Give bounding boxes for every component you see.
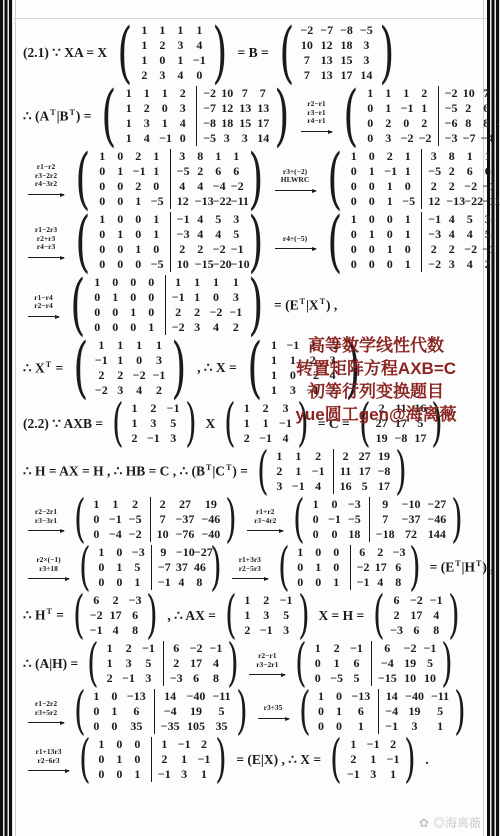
matrix-cell: 5 bbox=[423, 656, 438, 671]
matrix-cell: −5 bbox=[170, 164, 189, 179]
matrix: (10−1314−40−11016−41950035−3510535) bbox=[70, 689, 252, 734]
matrix-cell: 1 bbox=[113, 560, 126, 575]
matrix-cell: 5 bbox=[358, 479, 372, 494]
matrix-cell: −3 bbox=[128, 593, 143, 608]
matrix-cell: 6 bbox=[409, 623, 424, 638]
matrix-cell: −4 bbox=[378, 704, 399, 719]
matrix-cell: 6 bbox=[392, 560, 405, 575]
matrix-cell: 1 bbox=[95, 545, 108, 560]
matrix-cell: −1 bbox=[383, 164, 396, 179]
annotation-line-2: 转置矩阵方程AXB=C bbox=[276, 357, 476, 380]
matrix-cell: 6 bbox=[389, 593, 404, 608]
matrix-cell: 2 bbox=[194, 164, 207, 179]
matrix-cell: −4 bbox=[108, 527, 123, 542]
annotation-block: 高等数学线性代数 转置矩阵方程AXB=C 初等行列变换题目 yue圆工gen@海… bbox=[276, 334, 476, 426]
watermark-logo-icon: ✿ bbox=[419, 816, 429, 830]
arrow-shaft bbox=[275, 244, 316, 249]
paren: ( bbox=[118, 23, 133, 83]
matrix-cell: 0 bbox=[312, 575, 325, 590]
matrix-cell: 11 bbox=[333, 464, 353, 479]
matrix-cell: 1 bbox=[90, 497, 103, 512]
matrix-cell: 3 bbox=[220, 131, 233, 146]
matrix-cell: 1 bbox=[314, 689, 327, 704]
math-text: . bbox=[425, 752, 428, 768]
matrix: (1021381101−11−5266001022−2−1001−512−13−… bbox=[322, 149, 500, 209]
math-text: ∴ H = AX = H , ∴ HB = C , ∴ (BT|CT) = bbox=[23, 463, 248, 480]
matrix-cell: 1 bbox=[138, 53, 151, 68]
matrix-cell: −8 bbox=[196, 116, 215, 131]
matrix-cell: 3 bbox=[259, 608, 274, 623]
matrix-cell: 10 bbox=[299, 38, 314, 53]
matrix-cell: 2 bbox=[389, 608, 404, 623]
paren: ) bbox=[248, 212, 263, 272]
matrix-cell: 1 bbox=[150, 212, 163, 227]
matrix: (12−16−2−1016−41950−55−151010) bbox=[291, 641, 457, 686]
matrix-cell: −1 bbox=[259, 623, 274, 638]
matrix-cell: 2 bbox=[445, 164, 458, 179]
paren: ( bbox=[295, 641, 307, 686]
paren: ( bbox=[327, 212, 342, 272]
paren: ) bbox=[405, 737, 417, 782]
matrix-cell: 1 bbox=[329, 656, 344, 671]
matrix-cell: −7 bbox=[151, 560, 170, 575]
paren: ) bbox=[275, 86, 290, 146]
matrix-cell: 1 bbox=[258, 416, 273, 431]
matrix-cell: 6 bbox=[480, 101, 493, 116]
math-text: ∴ (A|H) = bbox=[23, 656, 78, 672]
matrix-cell: −2 bbox=[94, 383, 109, 398]
matrix-cell: 1 bbox=[174, 23, 187, 38]
matrix-cell: 0 bbox=[132, 353, 147, 368]
arrow-shaft bbox=[247, 526, 283, 531]
matrix-cell: −2 bbox=[128, 527, 143, 542]
matrix-cell: 1 bbox=[228, 275, 243, 290]
matrix-cell: 3 bbox=[382, 131, 395, 146]
matrix-cell: 0 bbox=[96, 164, 109, 179]
transpose-sup: T bbox=[46, 607, 51, 616]
matrix-cell: 2 bbox=[228, 320, 243, 335]
matrix-cell: 13 bbox=[256, 101, 269, 116]
matrix-cell: 2 bbox=[462, 101, 475, 116]
matrix: (62−3−2176−148) bbox=[69, 593, 163, 638]
matrix-cell: 0 bbox=[113, 767, 126, 782]
matrix-cell: 12 bbox=[220, 101, 233, 116]
paren: ) bbox=[236, 689, 248, 734]
matrix-cell: 2 bbox=[259, 593, 274, 608]
math-text: (2.1) ∵ XA = X bbox=[23, 45, 107, 61]
math-text: = B = bbox=[238, 45, 269, 61]
matrix-cell: −13 bbox=[445, 194, 458, 209]
matrix-cell: 0 bbox=[114, 194, 127, 209]
matrix-cell: −10 bbox=[230, 257, 243, 272]
matrix-cell: 1 bbox=[114, 338, 127, 353]
matrix-cell: 16 bbox=[333, 479, 353, 494]
matrix-cell: 3 bbox=[191, 320, 204, 335]
matrix-grid: 1001−14530101−3445001022−2−10001−2342 bbox=[347, 212, 494, 272]
matrix-cell: 13 bbox=[319, 53, 334, 68]
matrix-cell: −5 bbox=[150, 194, 163, 209]
matrix-cell: 4 bbox=[311, 479, 326, 494]
matrix-cell: 1 bbox=[95, 737, 108, 752]
matrix-grid: 10−1314−40−11016−41950035−3510535 bbox=[90, 689, 232, 734]
matrix-cell: 2 bbox=[421, 179, 440, 194]
matrix-cell: 17 bbox=[377, 479, 392, 494]
paren: ) bbox=[298, 593, 310, 638]
matrix-cell: −1 bbox=[386, 752, 401, 767]
matrix: (1111−110322−2−1−2342) bbox=[68, 338, 192, 398]
matrix-cell: 1 bbox=[191, 275, 204, 290]
matrix-cell: −2 bbox=[350, 560, 369, 575]
row-op-arrow: r1−r4r2−r4 bbox=[28, 294, 59, 317]
matrix-cell: 1 bbox=[463, 149, 476, 164]
matrix-cell: 8 bbox=[445, 149, 458, 164]
row-op-arrow: r3÷35 bbox=[258, 704, 289, 719]
matrix-cell: −7 bbox=[196, 101, 215, 116]
paren: ) bbox=[147, 593, 159, 638]
row-op-label: r2−6r3 bbox=[37, 757, 59, 766]
matrix-grid: 1112−2107701−11−52660202−6881003−2−2−3−7… bbox=[364, 86, 500, 146]
matrix-cell: 4 bbox=[109, 623, 123, 638]
row-op-arrow: r2−2r1r3−3r1 bbox=[28, 508, 64, 531]
transpose-sup: T bbox=[50, 108, 55, 117]
matrix-cell: −5 bbox=[150, 257, 163, 272]
matrix-cell: 0 bbox=[156, 53, 169, 68]
row-op-arrow: r2−r1r3−2r1 bbox=[249, 652, 285, 675]
matrix-cell: 1 bbox=[138, 23, 151, 38]
math-line: ∴ (AT|BT) =(1112−210771203−71213131314−8… bbox=[20, 86, 485, 146]
matrix-cell: 2 bbox=[151, 752, 172, 767]
matrix-cell: 1 bbox=[401, 257, 414, 272]
left-page-border bbox=[0, 0, 13, 836]
matrix-cell: −2 bbox=[403, 641, 418, 656]
matrix-cell: −1 bbox=[327, 512, 342, 527]
matrix-grid: 100011110100−1103001022−2−10001−2342 bbox=[91, 275, 244, 335]
matrix-cell: 2 bbox=[170, 242, 189, 257]
matrix-cell: 0 bbox=[95, 575, 108, 590]
matrix-cell: −2 bbox=[400, 131, 413, 146]
matrix-cell: −5 bbox=[128, 512, 143, 527]
row-op-arrow: r1−r2r3−2r2r4−3r2 bbox=[28, 163, 64, 195]
matrix-cell: 18 bbox=[220, 116, 233, 131]
matrix-cell: 1 bbox=[152, 338, 167, 353]
left-edge-hairline bbox=[15, 0, 16, 836]
matrix-cell: 1 bbox=[241, 593, 254, 608]
matrix-cell: 4 bbox=[278, 431, 293, 446]
math-text: X bbox=[206, 416, 216, 432]
math-text: (2.2) ∵ AXB = bbox=[23, 416, 103, 432]
watermark-text: ◎海离薇 bbox=[433, 814, 481, 831]
matrix-cell: 0 bbox=[114, 179, 127, 194]
matrix-cell: 0 bbox=[113, 545, 126, 560]
arrow-shaft bbox=[28, 312, 59, 317]
paren: ) bbox=[409, 545, 421, 590]
matrix-cell: 0 bbox=[95, 560, 108, 575]
matrix-cell: 0 bbox=[294, 560, 307, 575]
matrix-cell: 0 bbox=[400, 116, 413, 131]
matrix-cell: −2 bbox=[89, 608, 104, 623]
matrix-cell: 7 bbox=[299, 53, 314, 68]
matrix-cell: −5 bbox=[329, 671, 344, 686]
math-text: = (E|X) , ∴ X = bbox=[236, 752, 321, 768]
matrix-cell: 3 bbox=[228, 290, 243, 305]
matrix-cell: −13 bbox=[350, 689, 371, 704]
matrix-cell: 14 bbox=[359, 68, 374, 83]
matrix-cell: 17 bbox=[413, 431, 427, 446]
matrix-cell: −1 bbox=[421, 212, 440, 227]
paren: ) bbox=[442, 641, 454, 686]
matrix-cell: −1 bbox=[121, 671, 136, 686]
arrow-shaft bbox=[28, 718, 64, 723]
matrix-cell: −1 bbox=[146, 431, 161, 446]
paren: ) bbox=[249, 275, 264, 335]
matrix-cell: −4 bbox=[480, 131, 493, 146]
matrix-cell: 0 bbox=[365, 212, 378, 227]
matrix-cell: 4 bbox=[176, 116, 189, 131]
matrix-cell: −2 bbox=[299, 23, 314, 38]
matrix-cell: 2 bbox=[241, 623, 254, 638]
row-op-arrow: r2×(−1)r3÷18 bbox=[28, 556, 69, 579]
matrix-cell: −18 bbox=[369, 527, 396, 542]
matrix-cell: −2 bbox=[212, 242, 225, 257]
matrix-cell: −15 bbox=[371, 671, 398, 686]
matrix-cell: 2 bbox=[194, 242, 207, 257]
matrix-cell: 0 bbox=[401, 242, 414, 257]
matrix-cell: 46 bbox=[193, 560, 206, 575]
matrix-cell: −7 bbox=[319, 23, 334, 38]
row-op-arrow: r1−2r3r2+r3r4−r3 bbox=[28, 226, 64, 258]
paren: ( bbox=[73, 593, 85, 638]
math-text: = (ET|XT) , bbox=[274, 297, 337, 314]
matrix-cell: 3 bbox=[177, 767, 192, 782]
matrix-cell: 1 bbox=[212, 149, 225, 164]
matrix-cell: 4 bbox=[429, 608, 444, 623]
matrix-cell: 0 bbox=[108, 689, 121, 704]
matrix-cell: 0 bbox=[312, 545, 325, 560]
paren: ( bbox=[327, 149, 342, 209]
matrix-cell: 0 bbox=[145, 290, 158, 305]
matrix-cell: 0 bbox=[132, 212, 145, 227]
matrix-cell: 0 bbox=[347, 164, 360, 179]
matrix-cell: 6 bbox=[481, 164, 494, 179]
matrix-cell: 0 bbox=[347, 194, 360, 209]
annotation-line-4: yue圆工gen@海离薇 bbox=[276, 403, 476, 426]
paren: ( bbox=[79, 737, 91, 782]
matrix-cell: 0 bbox=[95, 767, 108, 782]
matrix-cell: 12 bbox=[421, 194, 440, 209]
matrix-cell: 3 bbox=[481, 212, 494, 227]
transpose-sup: T bbox=[46, 360, 51, 369]
matrix-cell: 9 bbox=[369, 497, 396, 512]
matrix-cell: 1 bbox=[131, 767, 144, 782]
matrix-cell: −1 bbox=[108, 512, 123, 527]
paren: ( bbox=[373, 593, 385, 638]
matrix-cell: 2 bbox=[128, 497, 143, 512]
matrix-grid: 1021381101−11−5266001022−2−1001−512−13−2… bbox=[347, 149, 494, 209]
matrix-cell: 2 bbox=[197, 737, 212, 752]
matrix-cell: 1 bbox=[401, 149, 414, 164]
matrix-grid: 1122271921−11117−83−1416517 bbox=[273, 449, 392, 494]
matrix: (1−1221−1−131) bbox=[326, 737, 420, 782]
row-op-arrow: r1+13r3r2−6r3 bbox=[28, 748, 69, 771]
matrix-cell: 3 bbox=[146, 416, 161, 431]
matrix-cell: 19 bbox=[403, 656, 418, 671]
matrix: (1122271921−11117−83−1416517) bbox=[253, 449, 411, 494]
matrix-cell: −40 bbox=[404, 689, 425, 704]
matrix-cell: 0 bbox=[330, 545, 343, 560]
matrix-cell: 18 bbox=[347, 527, 362, 542]
matrix-cell: 8 bbox=[462, 116, 475, 131]
matrix-cell: 17 bbox=[189, 656, 204, 671]
matrix-cell: 10 bbox=[403, 671, 418, 686]
matrix: (1001−14530101−3445001022−2−1000−510−15−… bbox=[70, 212, 269, 272]
math-text: X = H = bbox=[318, 608, 364, 624]
matrix-cell: 3 bbox=[273, 479, 286, 494]
matrix-cell: 4 bbox=[194, 227, 207, 242]
row-op-labels: r3÷(−2)HLWRC bbox=[281, 168, 309, 185]
matrix-cell: 105 bbox=[186, 719, 207, 734]
matrix-cell: 1 bbox=[158, 116, 171, 131]
matrix-cell: 14 bbox=[378, 689, 399, 704]
matrix-cell: 1 bbox=[145, 320, 158, 335]
matrix-grid: 12−11352−13 bbox=[241, 593, 294, 638]
matrix-grid: 10−1314−40−11016−4195001−131 bbox=[314, 689, 450, 734]
matrix-cell: 1 bbox=[174, 53, 187, 68]
matrix-cell: 1 bbox=[122, 116, 135, 131]
matrix-cell: 8 bbox=[392, 575, 405, 590]
matrix-cell: 0 bbox=[127, 320, 140, 335]
matrix-cell: −13 bbox=[194, 194, 207, 209]
matrix-cell: 1 bbox=[151, 737, 172, 752]
matrix-cell: 2 bbox=[152, 383, 167, 398]
math-line: (2.1) ∵ XA = X(11111234101−12340)= B =(−… bbox=[20, 23, 485, 83]
paren: ( bbox=[79, 545, 91, 590]
matrix-grid: 1001−14530101−3445001022−2−1000−510−15−2… bbox=[96, 212, 243, 272]
math-line: r1−2r2r3+5r2(10−1314−40−11016−41950035−3… bbox=[24, 689, 485, 734]
matrix-cell: 3 bbox=[279, 623, 294, 638]
matrix-cell: 1 bbox=[401, 227, 414, 242]
matrix-cell: 2 bbox=[383, 149, 396, 164]
math-text: , ∴ X = bbox=[197, 360, 237, 376]
matrix-grid: 12−16−2−113521742−13−368 bbox=[103, 641, 223, 686]
matrix-cell: 0 bbox=[365, 257, 378, 272]
matrix-cell: −22 bbox=[463, 194, 476, 209]
matrix-cell: −2 bbox=[230, 179, 243, 194]
matrix-cell: −27 bbox=[193, 545, 206, 560]
matrix-cell: 10 bbox=[150, 527, 170, 542]
paren: ) bbox=[172, 338, 187, 398]
matrix-cell: 3 bbox=[156, 68, 169, 83]
matrix-cell: 2 bbox=[386, 737, 401, 752]
matrix-cell: 6 bbox=[463, 164, 476, 179]
matrix-cell: 1 bbox=[113, 752, 126, 767]
matrix-cell: 5 bbox=[279, 608, 294, 623]
watermark: ✿ ◎海离薇 bbox=[419, 814, 481, 831]
matrix-cell: 2 bbox=[132, 179, 145, 194]
math-line: r1−r2r3−2r2r4−3r2(1021381101−11−52660020… bbox=[24, 149, 485, 209]
paren: ( bbox=[279, 23, 294, 83]
matrix-cell: 1 bbox=[191, 290, 204, 305]
matrix-cell: 1 bbox=[96, 212, 109, 227]
matrix-cell: −1 bbox=[366, 737, 381, 752]
matrix-cell: 0 bbox=[131, 737, 144, 752]
matrix-cell: −1 bbox=[346, 767, 361, 782]
matrix-cell: 7 bbox=[238, 86, 251, 101]
matrix-cell: 2 bbox=[165, 305, 186, 320]
paren: ( bbox=[343, 86, 358, 146]
transpose-sup: T bbox=[300, 297, 305, 306]
matrix-cell: 17 bbox=[256, 116, 269, 131]
matrix-cell: 4 bbox=[194, 179, 207, 194]
matrix-cell: 1 bbox=[365, 164, 378, 179]
matrix-cell: 2 bbox=[156, 38, 169, 53]
math-line: r2×(−1)r3÷18(10−39−10−27015−73746001−148… bbox=[24, 545, 485, 590]
matrix-cell: 0 bbox=[150, 242, 163, 257]
matrix-cell: −1 bbox=[423, 641, 438, 656]
matrix-cell: −1 bbox=[429, 593, 444, 608]
matrix-cell: 1 bbox=[150, 164, 163, 179]
matrix-grid: 1112−210771203−71213131314−818151714−10−… bbox=[122, 86, 269, 146]
matrix-cell: 2 bbox=[382, 116, 395, 131]
matrix-cell: −22 bbox=[212, 194, 225, 209]
matrix-cell: 15 bbox=[238, 116, 251, 131]
math-line: ∴ HT =(62−3−2176−148), ∴ AX =(12−11352−1… bbox=[20, 593, 485, 638]
matrix-grid: 10−39−10−27015−73746001−148 bbox=[95, 545, 206, 590]
arrow-shaft bbox=[28, 766, 69, 771]
matrix-cell: 2 bbox=[138, 68, 151, 83]
row-op-label: r3−4r2 bbox=[254, 517, 276, 526]
matrix-grid: 6−2−12174−368 bbox=[389, 593, 444, 638]
matrix-cell: 2 bbox=[103, 671, 116, 686]
matrix-cell: 2 bbox=[418, 86, 431, 101]
matrix-cell: −46 bbox=[200, 512, 221, 527]
matrix-cell: 35 bbox=[126, 719, 147, 734]
matrix-cell: 1 bbox=[131, 575, 144, 590]
matrix-cell: −6 bbox=[438, 116, 457, 131]
matrix-cell: 37 bbox=[175, 560, 188, 575]
matrix-grid: 10062−3010−2176001−148 bbox=[294, 545, 405, 590]
matrix-cell: 1 bbox=[122, 101, 135, 116]
row-op-label: r2−5r3 bbox=[239, 565, 261, 574]
row-op-label: r4−r3 bbox=[37, 243, 55, 252]
paren: ( bbox=[75, 212, 90, 272]
matrix-cell: −8 bbox=[339, 23, 354, 38]
matrix-cell: 0 bbox=[364, 116, 377, 131]
row-op-label: r4−3r2 bbox=[35, 180, 57, 189]
matrix-cell: 0 bbox=[109, 305, 122, 320]
row-op-labels: r1−2r3r2+r3r4−r3 bbox=[35, 226, 57, 252]
matrix-cell: −3 bbox=[392, 545, 405, 560]
matrix-cell: 1 bbox=[364, 86, 377, 101]
matrix-cell: 1 bbox=[140, 86, 153, 101]
matrix-cell: 6 bbox=[126, 704, 147, 719]
matrix-cell: 1 bbox=[350, 719, 371, 734]
matrix-cell: 13 bbox=[238, 101, 251, 116]
matrix-cell: 10 bbox=[170, 257, 189, 272]
matrix-cell: 1 bbox=[346, 737, 361, 752]
paren: ) bbox=[225, 497, 237, 542]
row-op-labels: r2−r1r3−2r1 bbox=[256, 652, 278, 669]
matrix-grid: 1001−1201021−1001−131 bbox=[95, 737, 212, 782]
matrix: (10062−3010−2176001−148) bbox=[274, 545, 425, 590]
matrix-cell: 1 bbox=[114, 353, 127, 368]
matrix: (10−39−10−270−1−57−37−460018−1872144) bbox=[289, 497, 467, 542]
matrix-cell: 1 bbox=[197, 767, 212, 782]
matrix-cell: 3 bbox=[166, 431, 181, 446]
matrix-cell: 8 bbox=[193, 575, 206, 590]
matrix-cell: 1 bbox=[127, 305, 140, 320]
matrix-cell: 17 bbox=[374, 560, 387, 575]
matrix-cell: 13 bbox=[319, 68, 334, 83]
